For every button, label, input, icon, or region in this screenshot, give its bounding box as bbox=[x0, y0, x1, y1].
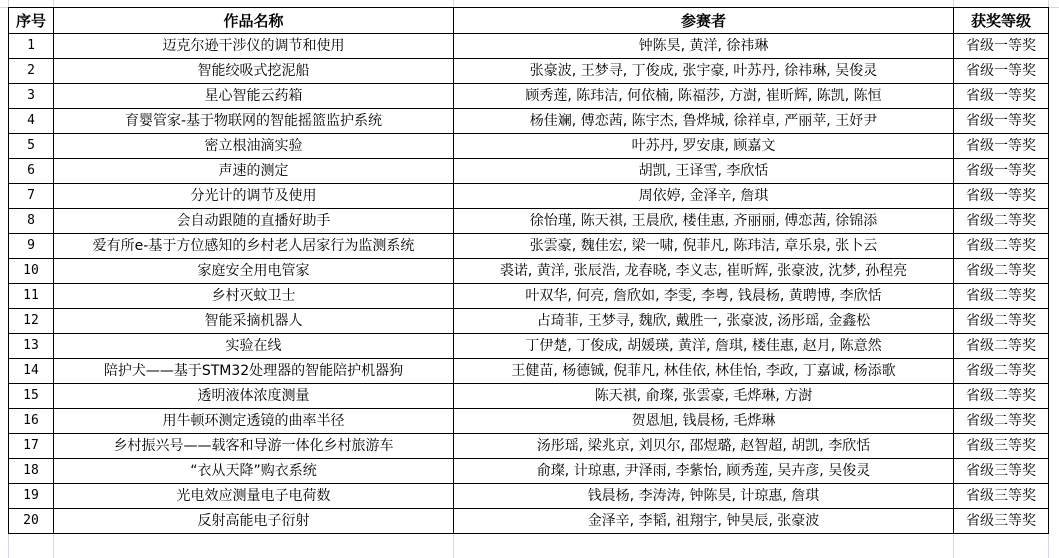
cell-award[interactable]: 省级二等奖 bbox=[954, 209, 1049, 234]
cell-title[interactable]: 乡村振兴号——载客和导游一体化乡村旅游车 bbox=[54, 434, 454, 459]
cell-award[interactable]: 省级三等奖 bbox=[954, 509, 1049, 534]
table-row: 16用牛顿环测定透镜的曲率半径贺恩旭, 钱晨杨, 毛烨琳省级二等奖 bbox=[9, 409, 1049, 434]
cell-award[interactable]: 省级一等奖 bbox=[954, 109, 1049, 134]
cell-participants[interactable]: 胡凯, 王译雪, 李欣恬 bbox=[454, 159, 954, 184]
cell-award[interactable]: 省级二等奖 bbox=[954, 284, 1049, 309]
header-title[interactable]: 作品名称 bbox=[54, 8, 454, 34]
cell-participants[interactable]: 叶苏丹, 罗安康, 顾嘉文 bbox=[454, 134, 954, 159]
cell-index[interactable]: 16 bbox=[9, 409, 54, 434]
cell-title[interactable]: 会自动跟随的直播好助手 bbox=[54, 209, 454, 234]
cell-index[interactable]: 6 bbox=[9, 159, 54, 184]
cell-index[interactable]: 12 bbox=[9, 309, 54, 334]
cell-index[interactable]: 9 bbox=[9, 234, 54, 259]
cell-title[interactable]: 迈克尔逊干涉仪的调节和使用 bbox=[54, 34, 454, 59]
header-index[interactable]: 序号 bbox=[9, 8, 54, 34]
table-row: 13实验在线丁伊楚, 丁俊成, 胡媛瑛, 黄洋, 詹琪, 楼佳惠, 赵月, 陈意… bbox=[9, 334, 1049, 359]
cell-award[interactable]: 省级三等奖 bbox=[954, 459, 1049, 484]
header-participants[interactable]: 参赛者 bbox=[454, 8, 954, 34]
cell-index[interactable]: 2 bbox=[9, 59, 54, 84]
table-row: 6声速的测定胡凯, 王译雪, 李欣恬省级一等奖 bbox=[9, 159, 1049, 184]
cell-title[interactable]: 智能采摘机器人 bbox=[54, 309, 454, 334]
cell-index[interactable]: 19 bbox=[9, 484, 54, 509]
table-row: 4育婴管家-基于物联网的智能摇篮监护系统杨佳斓, 傅恋茜, 陈宇杰, 鲁烨城, … bbox=[9, 109, 1049, 134]
awards-table: 序号 作品名称 参赛者 获奖等级 1迈克尔逊干涉仪的调节和使用钟陈昊, 黄洋, … bbox=[8, 7, 1049, 534]
cell-award[interactable]: 省级二等奖 bbox=[954, 234, 1049, 259]
table-row: 19光电效应测量电子电荷数钱晨杨, 李涛涛, 钟陈昊, 计琼惠, 詹琪省级三等奖 bbox=[9, 484, 1049, 509]
header-row: 序号 作品名称 参赛者 获奖等级 bbox=[9, 8, 1049, 34]
cell-title[interactable]: 用牛顿环测定透镜的曲率半径 bbox=[54, 409, 454, 434]
cell-award[interactable]: 省级三等奖 bbox=[954, 484, 1049, 509]
cell-participants[interactable]: 张豪波, 王梦寻, 丁俊成, 张宇豪, 叶苏丹, 徐祎琳, 吴俊灵 bbox=[454, 59, 954, 84]
cell-award[interactable]: 省级一等奖 bbox=[954, 84, 1049, 109]
cell-award[interactable]: 省级一等奖 bbox=[954, 34, 1049, 59]
cell-participants[interactable]: 叶双华, 何亮, 詹欣如, 李雯, 李粤, 钱晨杨, 黄聘博, 李欣恬 bbox=[454, 284, 954, 309]
cell-participants[interactable]: 汤彤瑶, 梁兆京, 刘贝尔, 邵煜璐, 赵智超, 胡凯, 李欣恬 bbox=[454, 434, 954, 459]
cell-participants[interactable]: 周依婷, 金泽辛, 詹琪 bbox=[454, 184, 954, 209]
cell-title[interactable]: 声速的测定 bbox=[54, 159, 454, 184]
cell-participants[interactable]: 贺恩旭, 钱晨杨, 毛烨琳 bbox=[454, 409, 954, 434]
cell-index[interactable]: 5 bbox=[9, 134, 54, 159]
cell-title[interactable]: 密立根油滴实验 bbox=[54, 134, 454, 159]
cell-participants[interactable]: 陈天祺, 俞璨, 张雲豪, 毛烨琳, 方澍 bbox=[454, 384, 954, 409]
cell-participants[interactable]: 顾秀莲, 陈玮洁, 何依楠, 陈福莎, 方澍, 崔昕辉, 陈凯, 陈恒 bbox=[454, 84, 954, 109]
cell-index[interactable]: 17 bbox=[9, 434, 54, 459]
cell-index[interactable]: 11 bbox=[9, 284, 54, 309]
cell-index[interactable]: 14 bbox=[9, 359, 54, 384]
cell-award[interactable]: 省级二等奖 bbox=[954, 409, 1049, 434]
cell-participants[interactable]: 王健苗, 杨德铖, 倪菲凡, 林佳依, 林佳怡, 李政, 丁嘉诚, 杨添歌 bbox=[454, 359, 954, 384]
table-row: 17乡村振兴号——载客和导游一体化乡村旅游车汤彤瑶, 梁兆京, 刘贝尔, 邵煜璐… bbox=[9, 434, 1049, 459]
cell-award[interactable]: 省级一等奖 bbox=[954, 159, 1049, 184]
header-award[interactable]: 获奖等级 bbox=[954, 8, 1049, 34]
cell-title[interactable]: 爱有所e-基于方位感知的乡村老人居家行为监测系统 bbox=[54, 234, 454, 259]
cell-participants[interactable]: 裘诺, 黄洋, 张辰浩, 龙春晓, 李义志, 崔昕辉, 张豪波, 沈梦, 孙程亮 bbox=[454, 259, 954, 284]
cell-participants[interactable]: 钱晨杨, 李涛涛, 钟陈昊, 计琼惠, 詹琪 bbox=[454, 484, 954, 509]
cell-index[interactable]: 18 bbox=[9, 459, 54, 484]
cell-award[interactable]: 省级二等奖 bbox=[954, 359, 1049, 384]
cell-title[interactable]: 陪护犬——基于STM32处理器的智能陪护机器狗 bbox=[54, 359, 454, 384]
cell-award[interactable]: 省级一等奖 bbox=[954, 134, 1049, 159]
cell-award[interactable]: 省级二等奖 bbox=[954, 259, 1049, 284]
cell-title[interactable]: 实验在线 bbox=[54, 334, 454, 359]
table-row: 12智能采摘机器人占琦菲, 王梦寻, 魏欣, 戴胜一, 张豪波, 汤彤瑶, 金鑫… bbox=[9, 309, 1049, 334]
cell-index[interactable]: 20 bbox=[9, 509, 54, 534]
table-row: 20反射高能电子衍射金泽辛, 李韬, 祖翔宇, 钟昊辰, 张豪波省级三等奖 bbox=[9, 509, 1049, 534]
cell-index[interactable]: 8 bbox=[9, 209, 54, 234]
cell-participants[interactable]: 张雲豪, 魏佳宏, 梁一啸, 倪菲凡, 陈玮洁, 章乐泉, 张卜云 bbox=[454, 234, 954, 259]
cell-title[interactable]: “衣从天降”购衣系统 bbox=[54, 459, 454, 484]
table-row: 3星心智能云药箱顾秀莲, 陈玮洁, 何依楠, 陈福莎, 方澍, 崔昕辉, 陈凯,… bbox=[9, 84, 1049, 109]
cell-title[interactable]: 星心智能云药箱 bbox=[54, 84, 454, 109]
table-row: 11乡村灭蚊卫士叶双华, 何亮, 詹欣如, 李雯, 李粤, 钱晨杨, 黄聘博, … bbox=[9, 284, 1049, 309]
cell-participants[interactable]: 徐怡瑾, 陈天祺, 王晨欣, 楼佳惠, 齐丽丽, 傅恋茜, 徐锦添 bbox=[454, 209, 954, 234]
cell-title[interactable]: 透明液体浓度测量 bbox=[54, 384, 454, 409]
table-row: 2智能绞吸式挖泥船张豪波, 王梦寻, 丁俊成, 张宇豪, 叶苏丹, 徐祎琳, 吴… bbox=[9, 59, 1049, 84]
table-row: 7分光计的调节及使用周依婷, 金泽辛, 詹琪省级一等奖 bbox=[9, 184, 1049, 209]
cell-participants[interactable]: 杨佳斓, 傅恋茜, 陈宇杰, 鲁烨城, 徐祥卓, 严丽苹, 王妤尹 bbox=[454, 109, 954, 134]
cell-participants[interactable]: 占琦菲, 王梦寻, 魏欣, 戴胜一, 张豪波, 汤彤瑶, 金鑫松 bbox=[454, 309, 954, 334]
cell-index[interactable]: 10 bbox=[9, 259, 54, 284]
cell-title[interactable]: 反射高能电子衍射 bbox=[54, 509, 454, 534]
table-row: 1迈克尔逊干涉仪的调节和使用钟陈昊, 黄洋, 徐祎琳省级一等奖 bbox=[9, 34, 1049, 59]
cell-participants[interactable]: 钟陈昊, 黄洋, 徐祎琳 bbox=[454, 34, 954, 59]
table-row: 9爱有所e-基于方位感知的乡村老人居家行为监测系统张雲豪, 魏佳宏, 梁一啸, … bbox=[9, 234, 1049, 259]
table-row: 5密立根油滴实验叶苏丹, 罗安康, 顾嘉文省级一等奖 bbox=[9, 134, 1049, 159]
cell-participants[interactable]: 丁伊楚, 丁俊成, 胡媛瑛, 黄洋, 詹琪, 楼佳惠, 赵月, 陈意然 bbox=[454, 334, 954, 359]
cell-title[interactable]: 光电效应测量电子电荷数 bbox=[54, 484, 454, 509]
cell-title[interactable]: 家庭安全用电管家 bbox=[54, 259, 454, 284]
cell-index[interactable]: 4 bbox=[9, 109, 54, 134]
cell-participants[interactable]: 金泽辛, 李韬, 祖翔宇, 钟昊辰, 张豪波 bbox=[454, 509, 954, 534]
table-row: 10家庭安全用电管家裘诺, 黄洋, 张辰浩, 龙春晓, 李义志, 崔昕辉, 张豪… bbox=[9, 259, 1049, 284]
cell-award[interactable]: 省级二等奖 bbox=[954, 384, 1049, 409]
cell-index[interactable]: 7 bbox=[9, 184, 54, 209]
cell-index[interactable]: 3 bbox=[9, 84, 54, 109]
cell-index[interactable]: 1 bbox=[9, 34, 54, 59]
cell-award[interactable]: 省级三等奖 bbox=[954, 434, 1049, 459]
table-row: 8会自动跟随的直播好助手徐怡瑾, 陈天祺, 王晨欣, 楼佳惠, 齐丽丽, 傅恋茜… bbox=[9, 209, 1049, 234]
table-row: 15透明液体浓度测量陈天祺, 俞璨, 张雲豪, 毛烨琳, 方澍省级二等奖 bbox=[9, 384, 1049, 409]
cell-title[interactable]: 智能绞吸式挖泥船 bbox=[54, 59, 454, 84]
cell-award[interactable]: 省级二等奖 bbox=[954, 334, 1049, 359]
cell-index[interactable]: 13 bbox=[9, 334, 54, 359]
table-row: 18“衣从天降”购衣系统俞璨, 计琼惠, 尹泽雨, 李紫怡, 顾秀莲, 吴卉彦,… bbox=[9, 459, 1049, 484]
cell-award[interactable]: 省级一等奖 bbox=[954, 59, 1049, 84]
cell-index[interactable]: 15 bbox=[9, 384, 54, 409]
cell-award[interactable]: 省级一等奖 bbox=[954, 184, 1049, 209]
cell-title[interactable]: 分光计的调节及使用 bbox=[54, 184, 454, 209]
cell-title[interactable]: 乡村灭蚊卫士 bbox=[54, 284, 454, 309]
cell-award[interactable]: 省级二等奖 bbox=[954, 309, 1049, 334]
table-row: 14陪护犬——基于STM32处理器的智能陪护机器狗王健苗, 杨德铖, 倪菲凡, … bbox=[9, 359, 1049, 384]
cell-participants[interactable]: 俞璨, 计琼惠, 尹泽雨, 李紫怡, 顾秀莲, 吴卉彦, 吴俊灵 bbox=[454, 459, 954, 484]
cell-title[interactable]: 育婴管家-基于物联网的智能摇篮监护系统 bbox=[54, 109, 454, 134]
